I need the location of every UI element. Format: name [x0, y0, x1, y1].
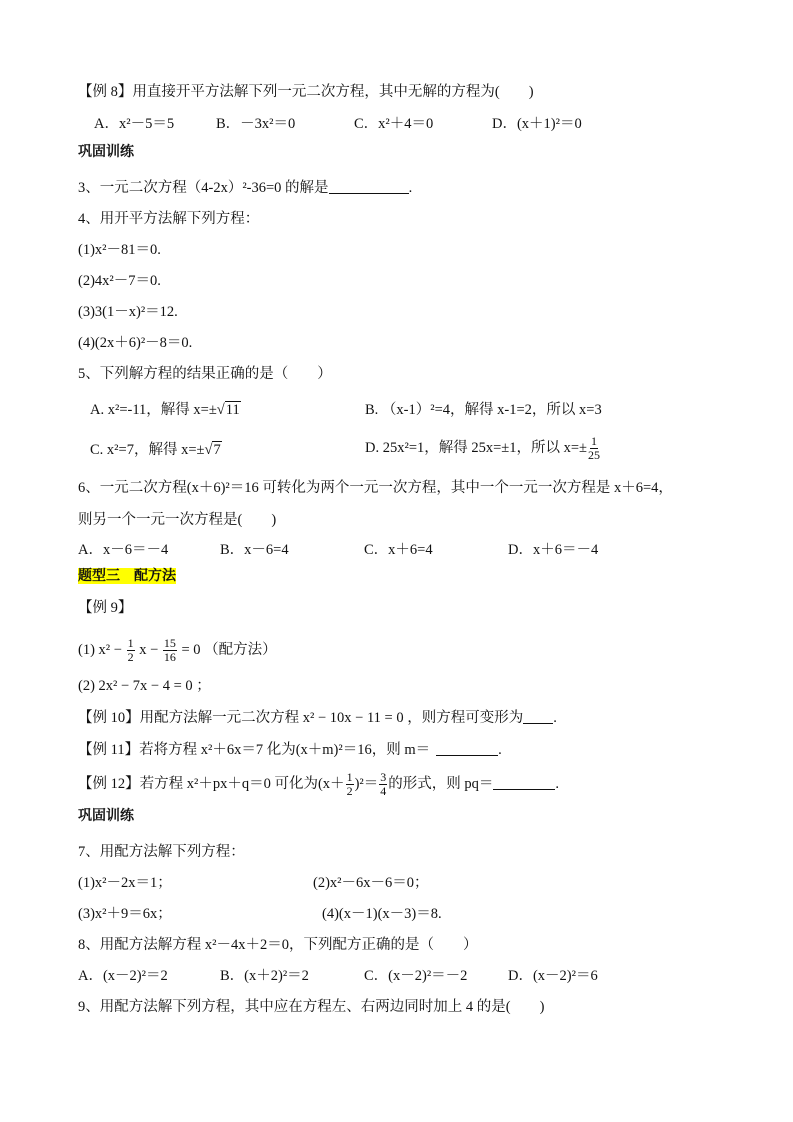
example-label: 【例 10】: [78, 710, 140, 726]
q4-item-2: (2)4x²－7＝0.: [78, 271, 161, 291]
q7-item-4: (4)(x－1)(x－3)＝8.: [322, 904, 442, 924]
section-heading: 巩固训练: [78, 142, 134, 162]
option-a: A．(x－2)²＝2: [78, 966, 168, 986]
q4-item-4: (4)(2x＋6)²－8＝0.: [78, 333, 192, 353]
question-text: 若将方程 x²＋6x＝7 化为(x＋m)²＝16，则 m＝: [139, 742, 430, 758]
option-d: D．(x－2)²＝6: [508, 966, 598, 986]
option-d: D．x＋6＝－4: [508, 540, 598, 560]
question-text: 用直接开平方法解下列一元二次方程，其中无解的方程为( ): [132, 84, 533, 100]
option-text: C. x²=7，解得 x=±: [90, 442, 204, 458]
highlighted-heading: 题型三 配方法: [78, 568, 176, 584]
fraction: 34: [379, 771, 387, 798]
example-8: 【例 8】用直接开平方法解下列一元二次方程，其中无解的方程为( ): [78, 82, 534, 102]
q7-item-1: (1)x²－2x＝1；: [78, 873, 172, 893]
expr: (1) x² −: [78, 642, 122, 658]
denominator: 2: [128, 651, 134, 664]
question-text: 3、一元二次方程（4-2x）²-36=0 的解是: [78, 180, 329, 196]
question-6-line-2: 则另一个一元一次方程是( ): [78, 510, 276, 530]
fraction: 12: [346, 771, 354, 798]
period: .: [409, 180, 413, 196]
q5-option-b: B. （x-1）²=4，解得 x-1=2，所以 x=3: [365, 400, 602, 420]
numerator: 15: [163, 637, 177, 651]
fraction: 12: [127, 637, 135, 664]
option-b: B．－3x²＝0: [216, 114, 295, 134]
period: .: [555, 776, 559, 792]
answer-blank[interactable]: [329, 179, 409, 194]
denominator: 25: [588, 449, 600, 462]
q7-item-3: (3)x²＋9＝6x；: [78, 904, 172, 924]
q4-item-3: (3)3(1－x)²＝12.: [78, 302, 178, 322]
option-a: A．x²－5＝5: [94, 114, 174, 134]
question-8: 8、用配方法解方程 x²－4x＋2＝0，下列配方正确的是（ ）: [78, 935, 477, 955]
option-text: A. x²=-11，解得 x=±: [90, 402, 217, 418]
q4-item-1: (1)x²－81＝0.: [78, 240, 161, 260]
example-label: 【例 12】: [78, 776, 140, 792]
section-heading: 巩固训练: [78, 806, 134, 826]
question-text: 用配方法解一元二次方程 x² − 10x − 11 = 0 ，则方程可变形为: [140, 710, 524, 726]
example-10: 【例 10】用配方法解一元二次方程 x² − 10x − 11 = 0 ，则方程…: [78, 708, 557, 728]
sqrt-symbol: √11: [217, 400, 241, 420]
question-7: 7、用配方法解下列方程：: [78, 842, 245, 862]
section-heading-type3: 题型三 配方法: [78, 566, 176, 586]
period: .: [553, 710, 557, 726]
question-6-line-1: 6、一元二次方程(x＋6)²＝16 可转化为两个一元一次方程，其中一个一元一次方…: [78, 478, 673, 498]
radicand: 11: [225, 401, 241, 418]
fraction: 125: [588, 435, 600, 462]
question-9: 9、用配方法解下列方程，其中应在方程左、右两边同时加上 4 的是( ): [78, 997, 544, 1017]
example-9-item-1: (1) x² − 12 x − 1516 = 0 （配方法）: [78, 634, 277, 666]
example-label: 【例 11】: [78, 742, 139, 758]
question-text: 的形式，则 pq＝: [388, 776, 493, 792]
q5-option-d: D. 25x²=1，解得 25x=±1，所以 x=±125: [365, 434, 601, 462]
fraction: 1516: [163, 637, 177, 664]
numerator: 3: [379, 771, 387, 785]
answer-blank[interactable]: [493, 775, 555, 790]
option-c: C．x²＋4＝0: [354, 114, 433, 134]
option-c: C．x＋6=4: [364, 540, 433, 560]
q5-option-a: A. x²=-11，解得 x=±√11: [90, 400, 241, 420]
denominator: 16: [164, 651, 176, 664]
question-5: 5、下列解方程的结果正确的是（ ）: [78, 364, 332, 384]
period: .: [498, 742, 502, 758]
option-d: D．(x＋1)²＝0: [492, 114, 582, 134]
q7-item-2: (2)x²－6x－6＝0；: [313, 873, 429, 893]
question-4: 4、用开平方法解下列方程：: [78, 209, 259, 229]
answer-blank[interactable]: [523, 709, 553, 724]
expr: = 0 （配方法）: [182, 642, 277, 658]
answer-blank[interactable]: [436, 741, 498, 756]
option-b: B．(x＋2)²＝2: [220, 966, 309, 986]
example-12: 【例 12】若方程 x²＋px＋q＝0 可化为(x＋12)²＝34的形式，则 p…: [78, 768, 559, 800]
option-b: B．x－6=4: [220, 540, 289, 560]
q5-option-c: C. x²=7，解得 x=±√7: [90, 440, 222, 460]
denominator: 4: [380, 785, 386, 798]
radicand: 7: [212, 441, 221, 458]
option-text: D. 25x²=1，解得 25x=±1，所以 x=±: [365, 440, 587, 456]
question-3: 3、一元二次方程（4-2x）²-36=0 的解是.: [78, 178, 412, 198]
numerator: 1: [127, 637, 135, 651]
numerator: 1: [590, 435, 598, 449]
example-9-item-2: (2) 2x² − 7x − 4 = 0 ；: [78, 676, 211, 696]
option-c: C．(x－2)²＝－2: [364, 966, 467, 986]
question-text: 若方程 x²＋px＋q＝0 可化为(x＋: [140, 776, 345, 792]
expr: x −: [139, 642, 158, 658]
numerator: 1: [346, 771, 354, 785]
denominator: 2: [347, 785, 353, 798]
example-label: 【例 8】: [78, 84, 132, 100]
sqrt-symbol: √7: [204, 440, 221, 460]
example-11: 【例 11】若将方程 x²＋6x＝7 化为(x＋m)²＝16，则 m＝.: [78, 740, 502, 760]
option-a: A．x－6＝－4: [78, 540, 168, 560]
expr: )²＝: [355, 776, 379, 792]
example-9-label: 【例 9】: [78, 598, 132, 618]
